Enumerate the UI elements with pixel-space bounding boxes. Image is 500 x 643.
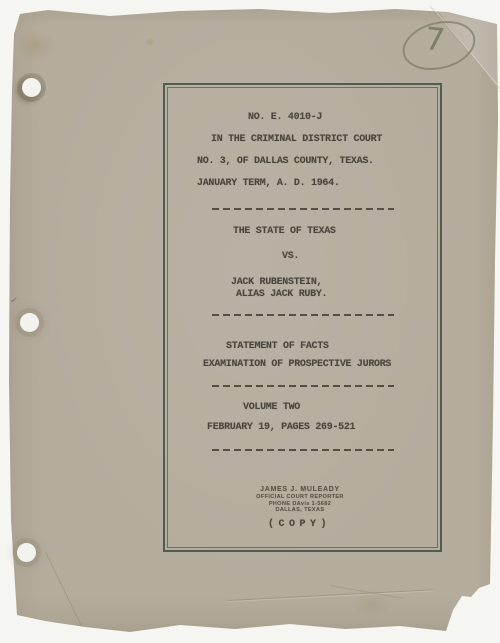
punch-hole-top (22, 78, 41, 97)
typed-separator (212, 385, 394, 387)
plaintiff-name: THE STATE OF TEXAS (233, 226, 336, 237)
subject-line2: EXAMINATION OF PROSPECTIVE JURORS (203, 359, 391, 370)
subject-line1: STATEMENT OF FACTS (226, 341, 329, 352)
term-line: JANUARY TERM, A. D. 1964. (197, 178, 340, 189)
court-name-line2: NO. 3, OF DALLAS COUNTY, TEXAS. (197, 156, 374, 167)
punch-hole-bottom (17, 543, 36, 562)
stamp-reporter-name: JAMES J. MULEADY (230, 486, 370, 494)
handwritten-page-number: 7 (423, 21, 446, 59)
typed-separator (212, 208, 394, 210)
copy-label: (COPY) (268, 519, 331, 530)
document-scan: ✓ 7 NO. E. 4010-J IN THE CRIMINAL DISTRI… (0, 0, 500, 643)
punch-hole-middle (20, 313, 39, 332)
typed-separator (212, 314, 394, 316)
versus-label: VS. (282, 251, 299, 262)
defendant-name-line2: ALIAS JACK RUBY. (236, 289, 327, 300)
stamp-reporter-title: OFFICIAL COURT REPORTER (230, 494, 370, 501)
court-reporter-stamp: JAMES J. MULEADY OFFICIAL COURT REPORTER… (230, 486, 370, 514)
cover-border-frame (163, 83, 442, 552)
typed-separator (212, 449, 394, 451)
volume-line: VOLUME TWO (243, 402, 300, 413)
case-number: NO. E. 4010-J (248, 112, 322, 123)
court-name-line1: IN THE CRIMINAL DISTRICT COURT (211, 134, 382, 145)
defendant-name-line1: JACK RUBENSTEIN, (231, 277, 322, 288)
volume-pages-line: FEBRUARY 19, PAGES 269-521 (207, 422, 355, 433)
stamp-city: DALLAS, TEXAS (230, 507, 370, 514)
